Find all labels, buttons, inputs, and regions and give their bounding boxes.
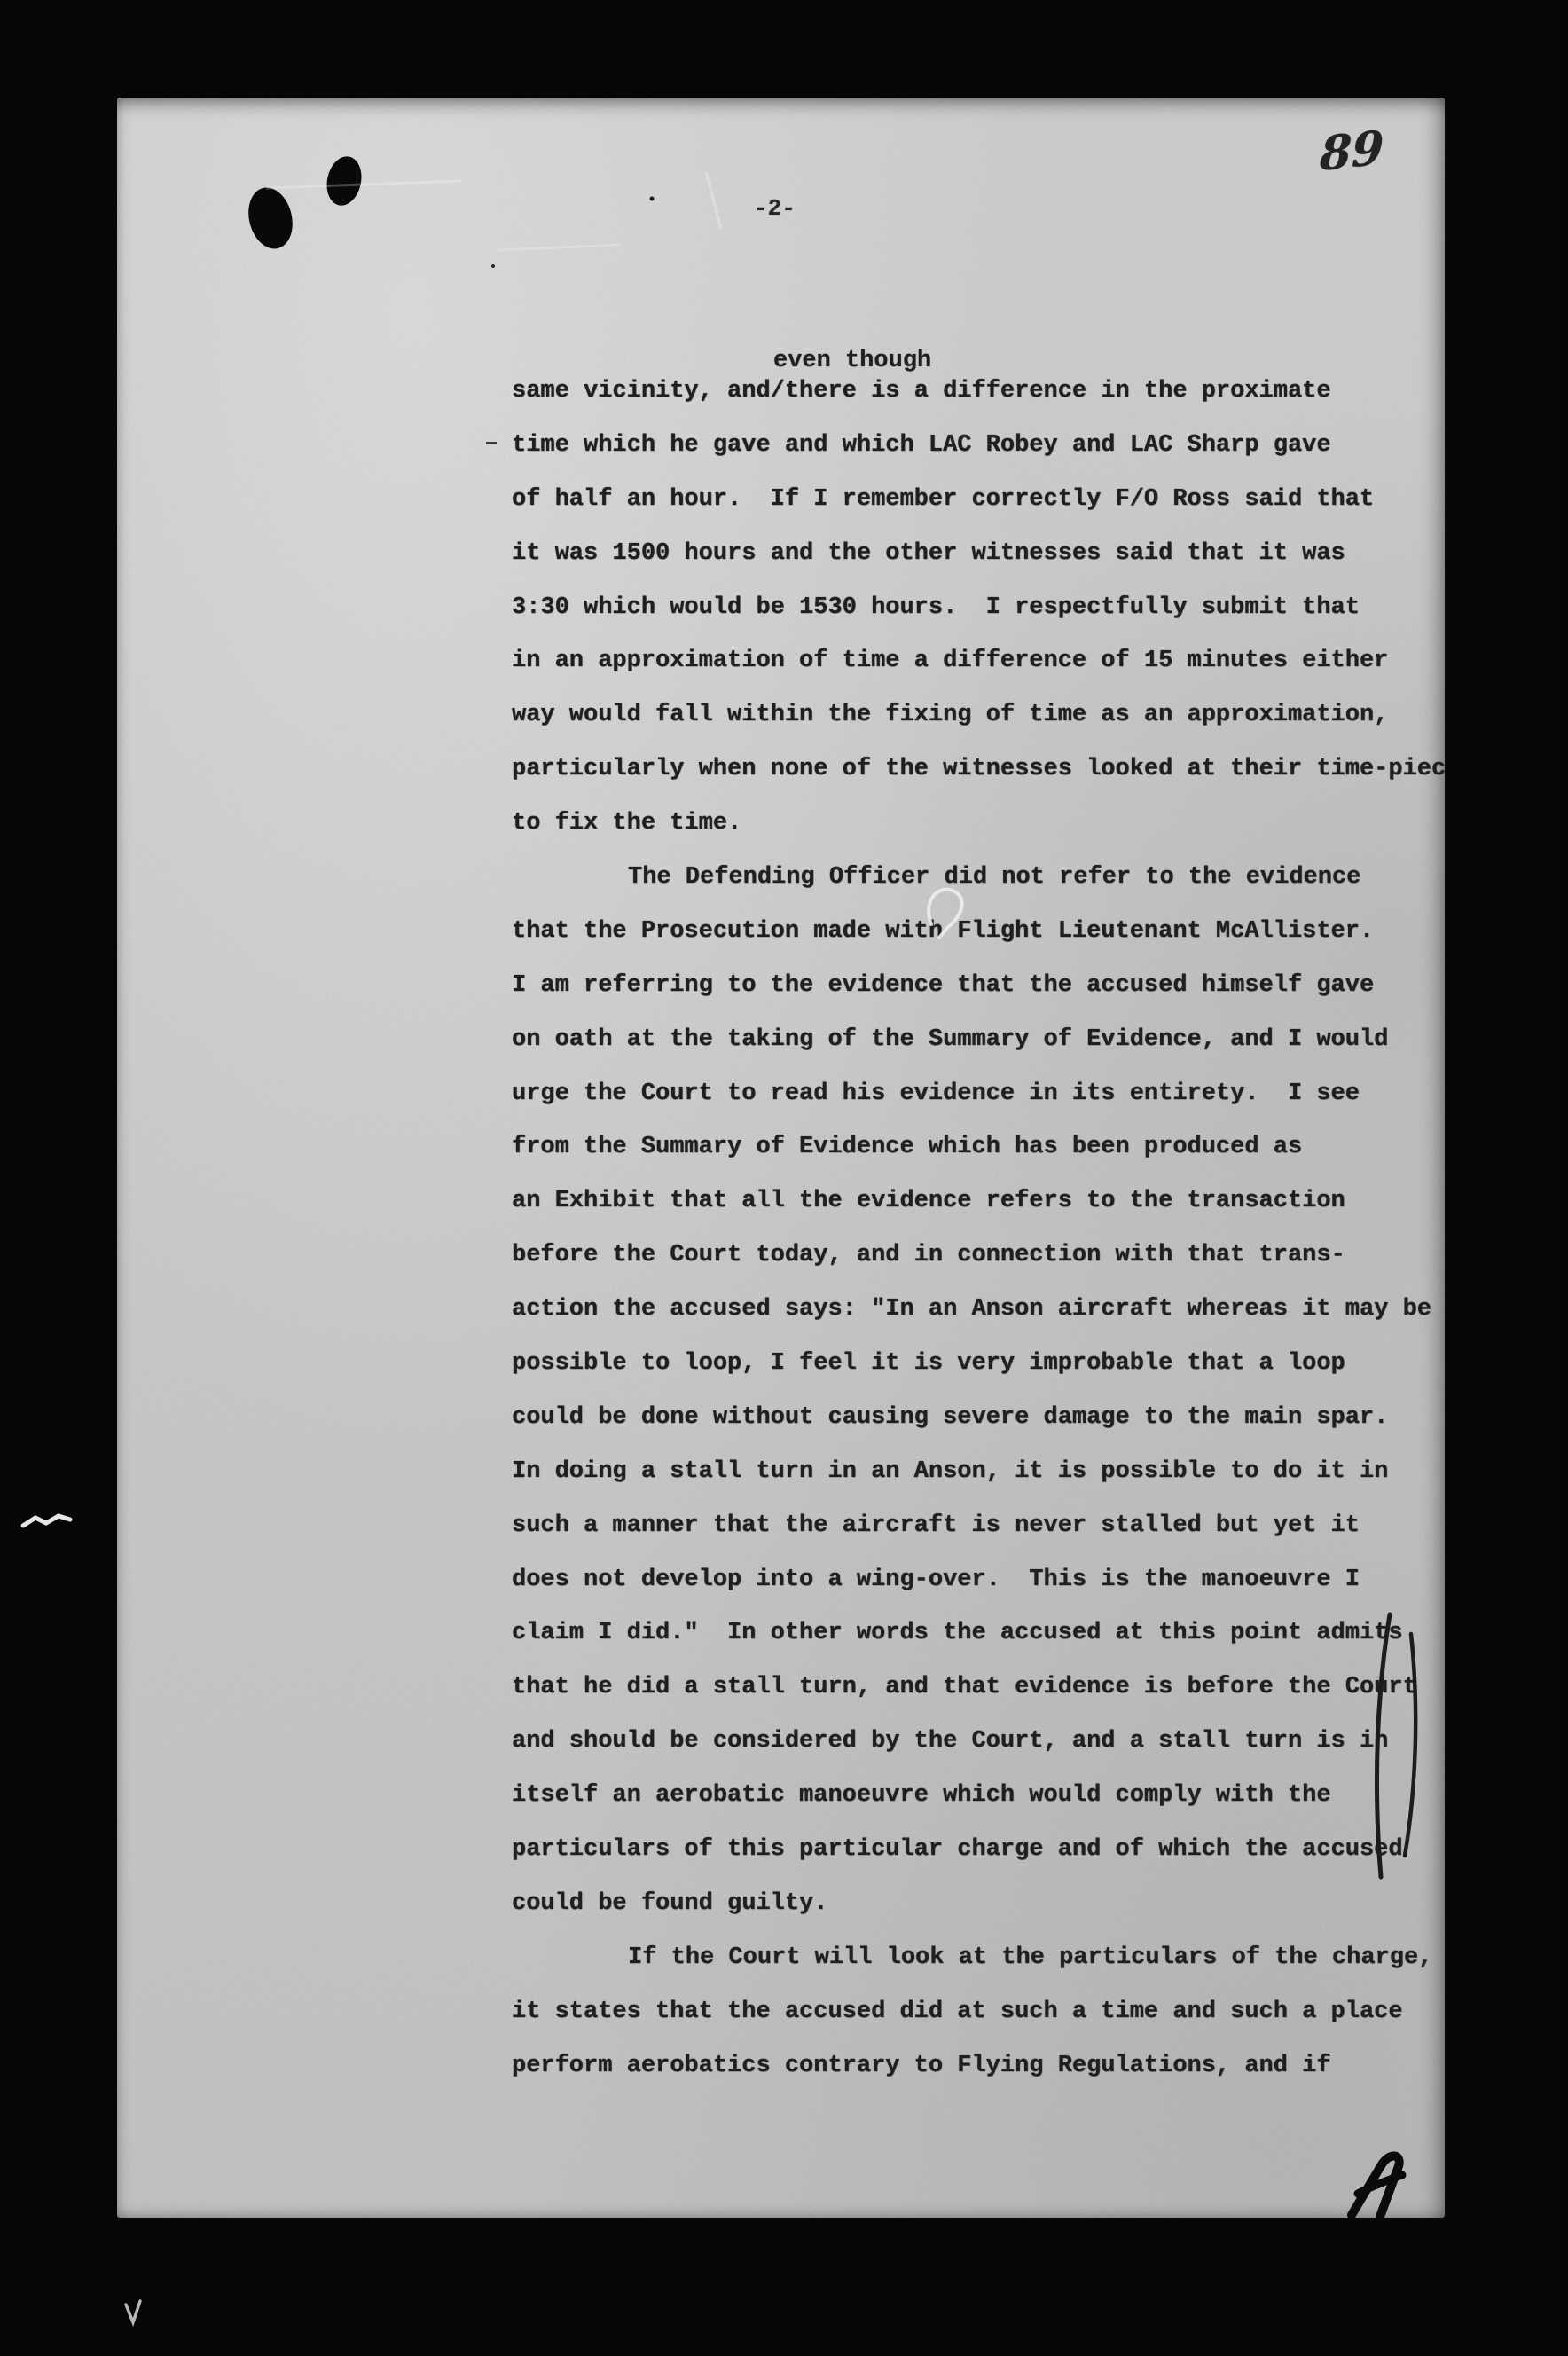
- text-line: from the Summary of Evidence which has b…: [512, 1123, 1445, 1177]
- text-line: urge the Court to read his evidence in i…: [512, 1070, 1445, 1124]
- page-number: -2-: [754, 195, 796, 222]
- text-line: possible to loop, I feel it is very impr…: [512, 1339, 1445, 1394]
- typewritten-page: -2- 89 even though same vicinity, and/th…: [117, 98, 1445, 2218]
- text-line: same vicinity, and/there is a difference…: [512, 367, 1445, 421]
- text-line: it states that the accused did at such a…: [512, 1988, 1445, 2042]
- text-line: and should be considered by the Court, a…: [512, 1717, 1445, 1771]
- text-line: in an approximation of time a difference…: [512, 637, 1445, 691]
- text-line: In doing a stall turn in an Anson, it is…: [512, 1448, 1445, 1502]
- text-line: 3:30 which would be 1530 hours. I respec…: [512, 584, 1445, 638]
- inserted-correction-text: even though: [773, 349, 931, 373]
- text-line: could be found guilty.: [512, 1880, 1445, 1934]
- typewritten-text-block: even though same vicinity, and/there is …: [512, 367, 1445, 2096]
- text-line: an Exhibit that all the evidence refers …: [512, 1177, 1445, 1231]
- text-line-paragraph-start: The Defending Officer did not refer to t…: [512, 853, 1445, 907]
- text-line: that he did a stall turn, and that evide…: [512, 1663, 1445, 1717]
- bottom-white-check-mark: [126, 2301, 140, 2322]
- scanned-document-photo: -2- 89 even though same vicinity, and/th…: [0, 0, 1568, 2356]
- text-line: way would fall within the fixing of time…: [512, 691, 1445, 745]
- text-line: could be done without causing severe dam…: [512, 1394, 1445, 1448]
- text-line: that the Prosecution made with Flight Li…: [512, 907, 1445, 962]
- text-line: action the accused says: "In an Anson ai…: [512, 1285, 1445, 1339]
- text-line: on oath at the taking of the Summary of …: [512, 1016, 1445, 1070]
- text-line: does not develop into a wing-over. This …: [512, 1556, 1445, 1610]
- text-line: it was 1500 hours and the other witnesse…: [512, 530, 1445, 584]
- text-line: particularly when none of the witnesses …: [512, 745, 1445, 799]
- text-line: itself an aerobatic manoeuvre which woul…: [512, 1771, 1445, 1826]
- margin-white-squiggle: [23, 1516, 70, 1526]
- text-line: such a manner that the aircraft is never…: [512, 1502, 1445, 1556]
- text-line: claim I did." In other words the accused…: [512, 1609, 1445, 1663]
- text-line: time which he gave and which LAC Robey a…: [512, 421, 1445, 475]
- text-line: to fix the time.: [512, 799, 1445, 853]
- text-line: particulars of this particular charge an…: [512, 1826, 1445, 1880]
- text-line: I am referring to the evidence that the …: [512, 962, 1445, 1016]
- text-line-paragraph-start: If the Court will look at the particular…: [512, 1934, 1445, 1988]
- text-line: of half an hour. If I remember correctly…: [512, 475, 1445, 530]
- text-line: before the Court today, and in connectio…: [512, 1231, 1445, 1285]
- text-line: perform aerobatics contrary to Flying Re…: [512, 2042, 1445, 2096]
- handwritten-folio-number: 89: [1319, 121, 1384, 182]
